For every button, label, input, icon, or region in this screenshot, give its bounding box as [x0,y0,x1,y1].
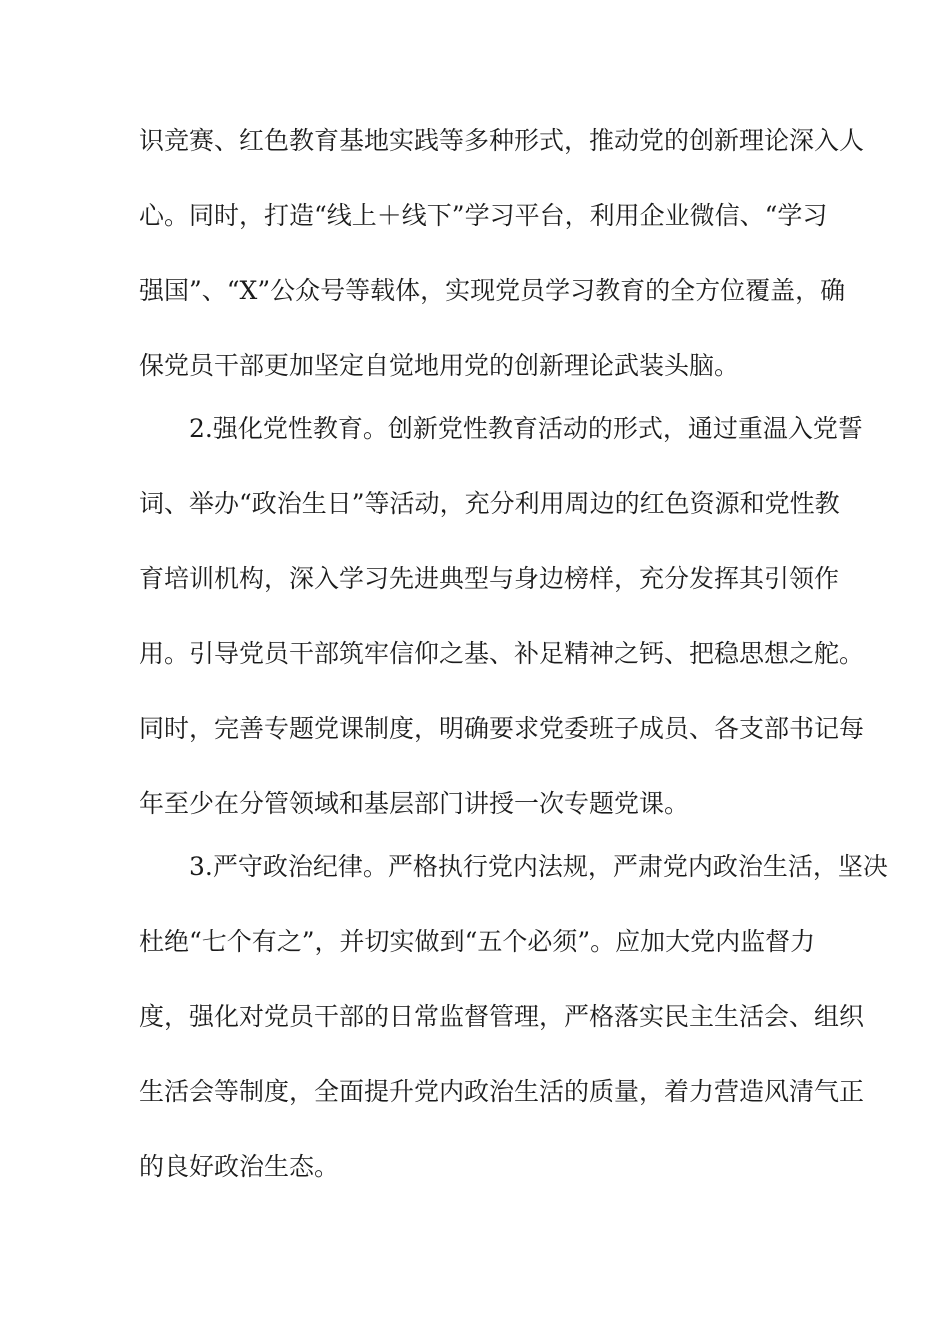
text-line: 生活会等制度，全面提升党内政治生活的质量，着力营造风清气正 [139,1054,895,1129]
text-line: 杜绝“七个有之”，并切实做到“五个必须”。应加大党内监督力 [139,904,895,979]
text-line: 用。引导党员干部筑牢信仰之基、补足精神之钙、把稳思想之舵。 [139,616,895,691]
text-line: 心。同时，打造“线上＋线下”学习平台，利用企业微信、“学习 [139,178,895,253]
text-line: 同时，完善专题党课制度，明确要求党委班子成员、各支部书记每 [139,691,895,766]
paragraph-political-discipline: 3.严守政治纪律。严格执行党内法规，严肃党内政治生活，坚决 杜绝“七个有之”，并… [139,829,895,1204]
text-line: 词、举办“政治生日”等活动，充分利用周边的红色资源和党性教 [139,466,895,541]
text-line: 度，强化对党员干部的日常监督管理，严格落实民主生活会、组织 [139,979,895,1054]
document-page: 识竞赛、红色教育基地实践等多种形式，推动党的创新理论深入人 心。同时，打造“线上… [0,0,950,1344]
text-line: 识竞赛、红色教育基地实践等多种形式，推动党的创新理论深入人 [139,103,895,178]
text-line: 强国”、“X”公众号等载体，实现党员学习教育的全方位覆盖，确 [139,253,895,328]
text-line: 3.严守政治纪律。严格执行党内法规，严肃党内政治生活，坚决 [139,829,895,904]
text-line: 2.强化党性教育。创新党性教育活动的形式，通过重温入党誓 [139,391,895,466]
paragraph-theory-learning: 识竞赛、红色教育基地实践等多种形式，推动党的创新理论深入人 心。同时，打造“线上… [139,103,895,403]
text-line: 的良好政治生态。 [139,1129,895,1204]
text-line: 育培训机构，深入学习先进典型与身边榜样，充分发挥其引领作 [139,541,895,616]
paragraph-party-spirit-education: 2.强化党性教育。创新党性教育活动的形式，通过重温入党誓 词、举办“政治生日”等… [139,391,895,841]
